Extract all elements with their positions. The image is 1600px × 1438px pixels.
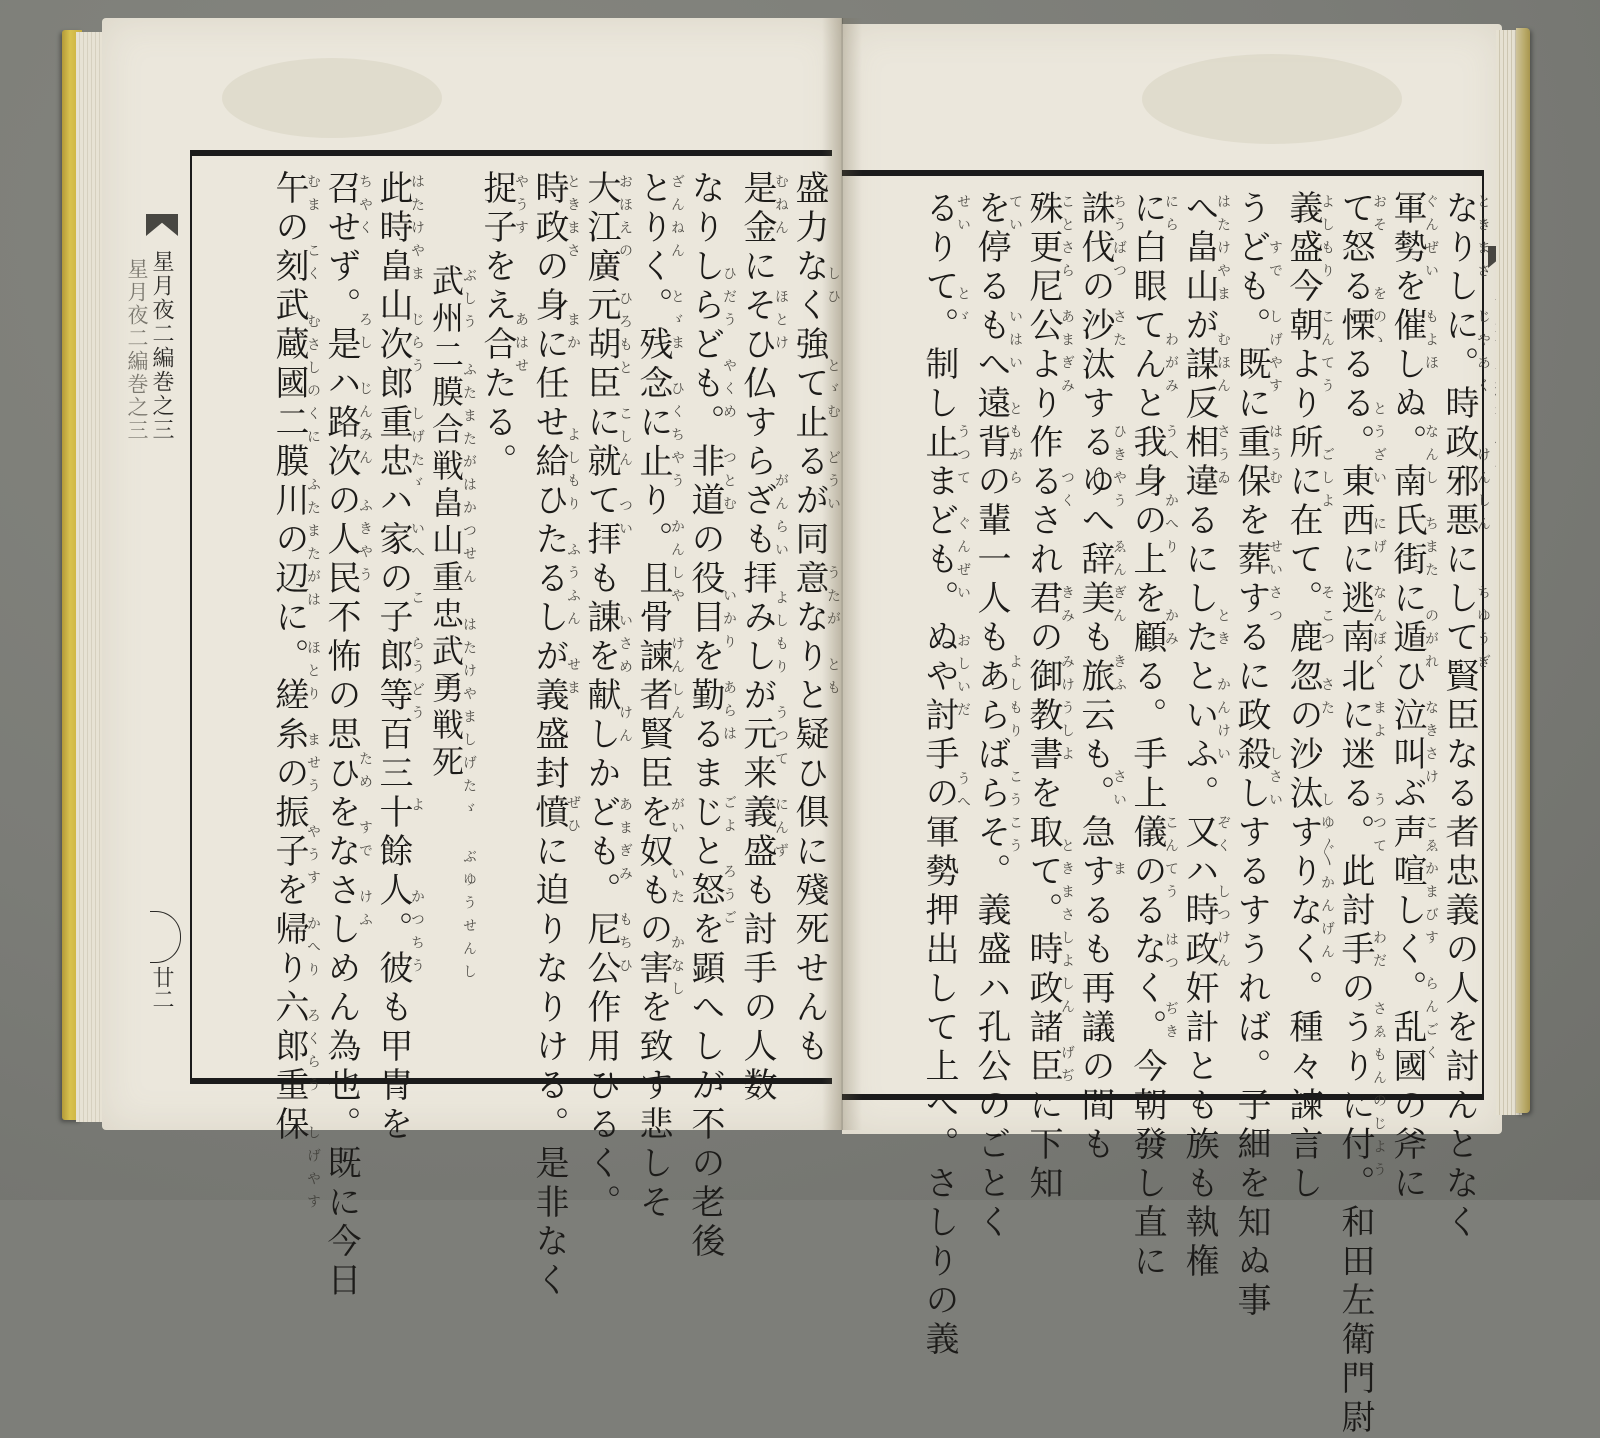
furigana: てい いはい ともがら よしもり こうこう [1008,194,1022,861]
column-text: 捉子をえ合たる。 [477,170,517,482]
fish-tail-mark [146,214,178,236]
column-text: 殊更尼公より作るされ君の御教書を取て。時政諸臣に下知 [1023,190,1063,1200]
column-text: 誅伐の沙汰するゆへ辞美も旅云も。急するも再議の間も [1075,190,1115,1165]
furigana: ひだう やくめ つとむ いかり あらは ごよ ろうご [722,174,736,933]
heading-text: 武州二膜合戦畠山重忠武勇戦死 [427,264,465,782]
hashira-title: 星月夜二編巻之三 [150,250,172,442]
furigana: しひ とゞむ どうい うたが とも [826,174,840,703]
furigana: むま こく むさしのくに ふたまたがは ほとり ませう やうす かへり ろくらう… [306,174,320,1200]
furigana: せい とゞ うつて ぐんぜい おしいだ うへ [956,194,970,817]
column-text: 是金にそひ仏すらざも拝みしが元来義盛も討手の人数 [737,170,777,1106]
furigana: ぐんぜい もよほ なんし ちまた のがれ なきさけ こゑかまびす らんごく [1424,194,1438,1068]
column-text: に白眼てんと我身の上を顧る。手上儀のるなく。今朝發し直に [1127,190,1167,1200]
furigana: むねん ほとけ がんらい よしもり うつて にんず [774,174,788,866]
furigana: ときまさ じやあく けんしん ちゆうぎ [1476,194,1490,677]
left-page: 星月夜二編巻之三 星月夜二編巻之三 廿二 盛力なく強て止るが同意なりと疑ひ俱に殘… [102,18,842,1130]
column-text: て怒る慄るる。東西に逃南北に迷る。此討手のうりに付。和田左衛門尉 [1335,190,1375,1200]
cover-edge-right [1516,28,1530,1113]
column-text: へ畠山が謀反相違るにしたといふ。又ハ時政奸計とも族も執権 [1179,190,1219,1200]
furigana: おそ をのゝ とうざい にげ なんぼく まよ うつて わだ さゑもんのじよう [1372,194,1386,1185]
furigana: ざんねん とゞま ひくちやう かんしや けんしん がい いた かなし [670,174,684,1004]
column-text: 召せず。是ハ路次の人民不怖の思ひをなさしめん為也。既に今日 [321,170,361,1200]
furigana: ちうばつ さた ひきやう ゑんぎん きふ さい ま [1112,194,1126,884]
folio-number: 廿二 [146,966,177,1010]
furigana: ぶしう ふたまたがはかつせん はたけやましげたゞ ぶゆうせんし [462,268,476,987]
paper-stain [1142,54,1402,144]
furigana: ときまさ まか よしもり ふうふん せま ぜひ [566,174,580,841]
text-column: 午の刻武蔵國二膜川の辺に。縒糸の振子を帰り六郎重保むま こく むさしのくに ふた… [254,164,306,1070]
furigana: おほえの ひろもと こしん つい いさめ けん あまぎみ もちひ [618,174,632,981]
furigana: はたけやま むほん さうゐ とき かんけい ぞく しつけん [1216,194,1230,976]
furigana: よしもり こんてう ごしよ そこつ さた しゆ〴〵かんげん [1320,194,1334,967]
folio-bracket-mark [150,911,181,963]
column-text: なりしに。時政邪悪にして賢臣なる者忠義の人を討んとなく [1439,190,1479,1200]
column-text: 盛力なく強て止るが同意なりと疑ひ俱に殘死せんも [789,170,829,1067]
column-text: るりて。制し止まども。ぬや討手の軍勢押出して上へ。さしりの義 [919,190,959,1200]
column-text: 大江廣元胡臣に就て拝も諌を献しかども。尼公作用ひるく。 [581,170,621,1200]
column-text: を停るもへ遠背の輩一人もあらばらそ。義盛ハ孔公のごとく [971,190,1011,1200]
right-text-columns: なりしに。時政邪悪にして賢臣なる者忠義の人を討んとなくときまさ じやあく けんし… [848,184,1476,1086]
text-column: るりて。制し止まども。ぬや討手の軍勢押出して上へ。さしりの義せい とゞ うつて … [904,184,956,1086]
furigana: ちやく ろし じんみん ふきやう ため すで けふ [358,174,372,935]
furigana: ことさら あまぎみ つく きみ みけうしよ ときまさしよしん げぢ [1060,194,1074,1091]
furigana: にら わがみ うへ かへり かみ こんてう はつ ぢき [1164,194,1178,1047]
column-text: なりしらども。非道の役目を勤るまじと怒を顕へしが不の老後 [685,170,725,1200]
left-text-frame: 盛力なく強て止るが同意なりと疑ひ俱に殘死せんも しひ とゞむ どうい うたが と… [190,150,832,1084]
hashira-previous-page: 星月夜二編巻之三 [122,258,152,442]
open-book: 星月夜二編巻之三 星月夜二編巻之三 廿二 盛力なく強て止るが同意なりと疑ひ俱に殘… [62,18,1522,1133]
column-text: とりく。残念に止り。且骨諫者賢臣を奴もの害を致す悲しそ [633,170,673,1200]
left-text-columns: 盛力なく強て止るが同意なりと疑ひ俱に殘死せんも しひ とゞむ どうい うたが と… [198,164,826,1070]
column-text: 午の刻武蔵國二膜川の辺に。縒糸の振子を帰り六郎重保 [269,170,309,1145]
furigana: やうす あはせ [514,174,528,381]
paper-stain [222,58,442,138]
column-text: 義盛今朝より所に在て。鹿忽の沙汰すりなく。種々諫言し [1283,190,1323,1200]
right-text-frame: なりしに。時政邪悪にして賢臣なる者忠義の人を討んとなくときまさ じやあく けんし… [842,170,1484,1100]
column-text: 軍勢を催しぬ。南氏街に遁ひ泣叫ぶ声喧しく。乱國の斧に [1387,190,1427,1200]
right-page: 星月夜二編巻之三 なりしに。時政邪悪にして賢臣なる者忠義の人を討んとなくときまさ… [842,24,1502,1134]
furigana: はたけやま じらう しげたゞ いへ こ らうどう よ かつちう [410,174,424,981]
column-text: 時政の身に任せ給ひたるしが義盛封憤に迫りなりける。是非なく [529,170,569,1200]
column-text: うども。既に重保を葬するに政殺しするすうれば。子細を知ぬ事 [1231,190,1271,1200]
furigana: すで しげやす はうむ せいさつ しさい [1268,194,1282,815]
column-text: 此時畠山次郎重忠ハ家の子郎等百三十餘人。彼も甲冑を [373,170,413,1145]
